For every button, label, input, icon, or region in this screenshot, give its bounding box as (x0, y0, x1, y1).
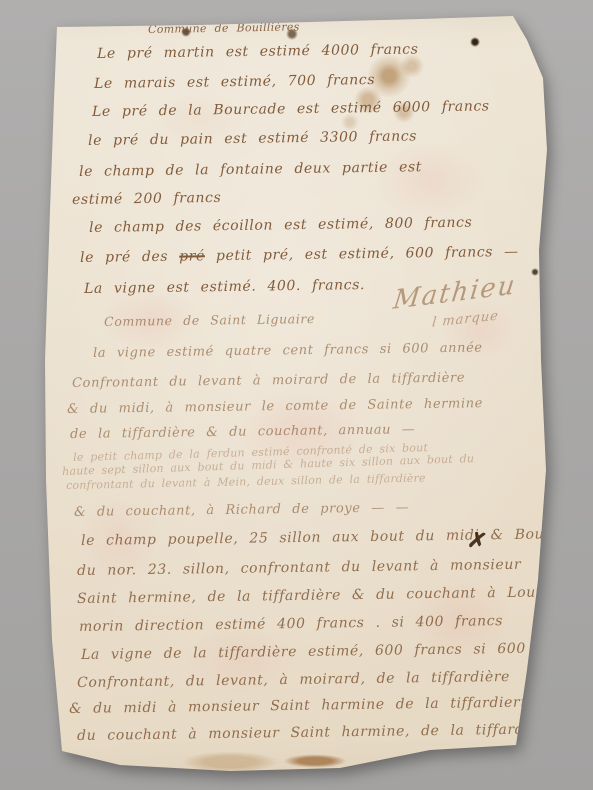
line-text: petit pré, est estimé, 600 francs — (205, 244, 519, 264)
manuscript-line: Le marais est estimé, 700 francs (94, 73, 375, 92)
manuscript-line: morin direction estimé 400 francs . si 4… (79, 614, 503, 635)
manuscript-line: la vigne estimé quatre cent francs si 60… (93, 342, 483, 362)
manuscript-line: le pré du pain est estimé 3300 francs (88, 129, 417, 149)
manuscript-line: du nor. 23. sillon, confrontant du levan… (77, 558, 521, 580)
manuscript-line: Le pré martin est estimé 4000 francs (97, 43, 419, 63)
manuscript-line: le champ de la fontaine deux partie est (79, 160, 422, 180)
manuscript-photo: Commune de Bouillières Le pré martin est… (0, 0, 593, 790)
line-text: le pré des (80, 249, 179, 266)
manuscript-line: La vigne est estimé. 400. francs. (84, 278, 365, 297)
manuscript-line: Confrontant, du levant, à moirard, de la… (77, 670, 510, 691)
manuscript-line: le champ des écoillon est estimé, 800 fr… (89, 216, 472, 237)
struck-word: pré (179, 248, 205, 264)
manuscript-line: & du midi à monsieur Saint harmine de la… (69, 695, 561, 717)
manuscript-line: Le pré de la Bourcade est estimé 6000 fr… (92, 99, 490, 120)
manuscript-line: & du couchant, à Richard de proye — — (74, 501, 409, 520)
manuscript-line: La vigne de la tiffardière estimé, 600 f… (81, 641, 547, 663)
commune-header-1: Commune de Bouillières (148, 21, 300, 36)
manuscript-line: Saint hermine, de la tiffardière & du co… (77, 585, 549, 607)
ink-blot: ✗ (465, 526, 488, 555)
manuscript-line: du couchant à monsieur Saint harmine, de… (77, 722, 555, 744)
manuscript-line: le pré des pré petit pré, est estimé, 60… (80, 245, 519, 267)
manuscript-line: & du midi, à monsieur le comte de Sainte… (67, 397, 483, 417)
margin-annotation-word: l marque (431, 308, 499, 330)
paper-sheet: Commune de Bouillières Le pré martin est… (0, 0, 593, 790)
manuscript-line: estimé 200 francs (72, 191, 221, 208)
manuscript-line: de la tiffardière & du couchant, annuau … (70, 423, 416, 442)
commune-header-2: Commune de Saint Liguaire (104, 312, 315, 329)
manuscript-line: Confrontant du levant à moirard de la ti… (72, 372, 465, 392)
